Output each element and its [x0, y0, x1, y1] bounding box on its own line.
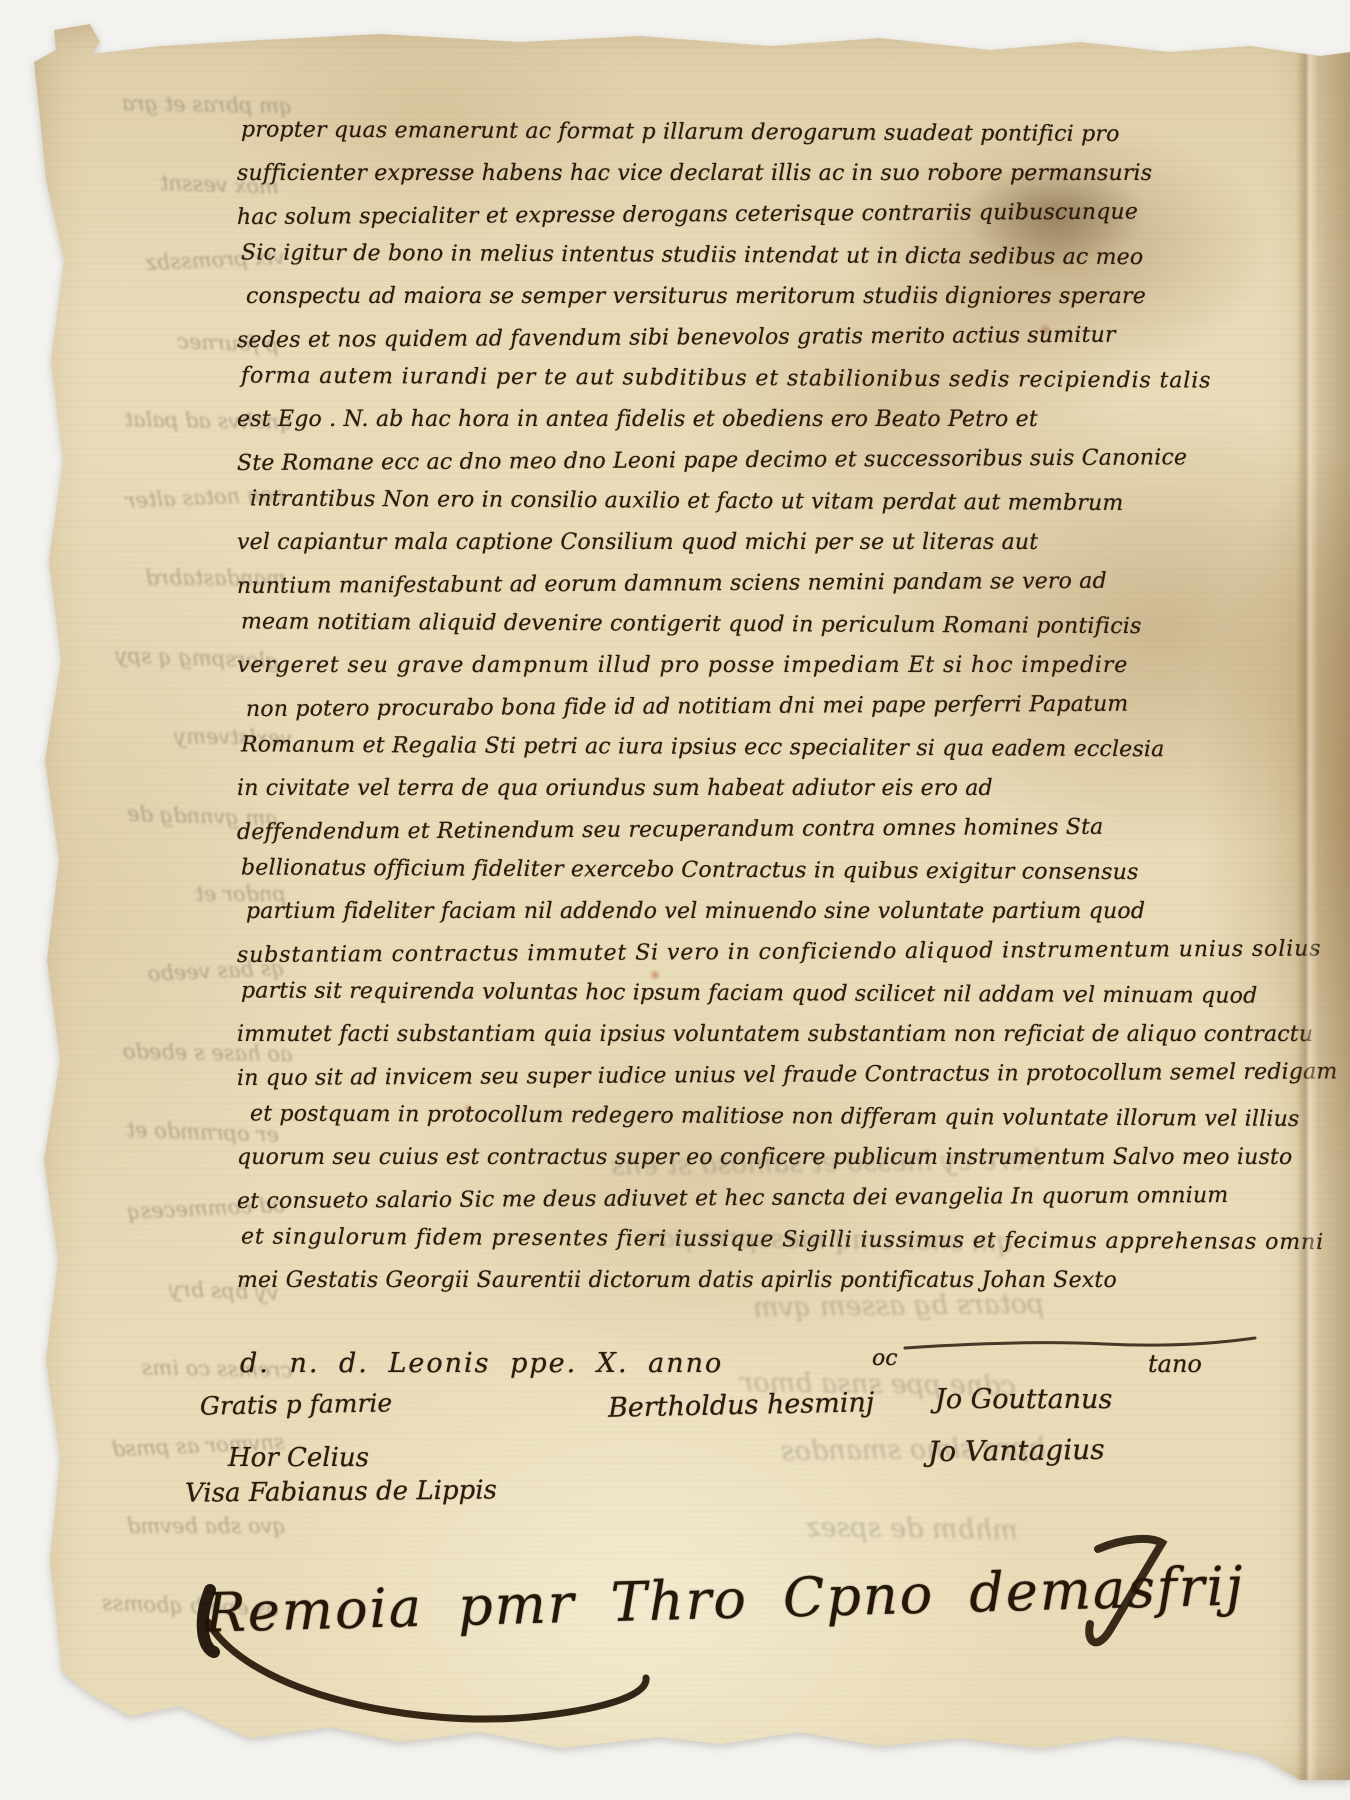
fold-crease — [1296, 52, 1318, 1780]
text-line: in quo sit ad invicem seu super iudice u… — [237, 1052, 1237, 1099]
text-line: Sic igitur de bono in melius intentus st… — [241, 232, 1241, 278]
text-line: bellionatus officium fideliter exercebo … — [241, 847, 1241, 893]
text-line: Romanum et Regalia Sti petri ac iura ips… — [241, 724, 1241, 770]
text-line: deffendendum et Retinendum seu recuperan… — [237, 806, 1237, 853]
signature-gratis-note: Gratis p famrie — [200, 1388, 393, 1420]
text-line: in civitate vel terra de qua oriundus su… — [237, 768, 1237, 809]
text-line: propter quas emanerunt ac format p illar… — [241, 109, 1241, 155]
marginal-note-oc: oc — [872, 1346, 898, 1371]
signature-visa-fabianus: Visa Fabianus de Lippis — [185, 1475, 497, 1508]
text-line: immutet facti substantiam quia ipsius vo… — [237, 1014, 1237, 1055]
text-line: hac solum specialiter et expresse deroga… — [237, 191, 1237, 238]
signature-jo-vantagius: Jo Vantagius — [928, 1433, 1105, 1468]
signature-hor-celius: Hor Celius — [228, 1443, 369, 1473]
signature-bertholdus: Bertholdus hesminj — [608, 1387, 875, 1424]
text-line: et consueto salario Sic me deus adiuvet … — [237, 1175, 1237, 1222]
text-line: conspectu ad maiora se semper versiturus… — [246, 276, 1237, 317]
date-line-leo-x: d. n. d. Leonis ppe. X. anno — [240, 1348, 723, 1379]
text-line: intrantibus Non ero in consilio auxilio … — [250, 478, 1241, 524]
text-line: quorum seu cuius est contractus super eo… — [237, 1137, 1237, 1178]
signature-jo-gouttanus: Jo Gouttanus — [935, 1384, 1112, 1415]
manuscript-body-text: propter quas emanerunt ac format p illar… — [237, 112, 1237, 1301]
paper-sheet-wrap: qm pbras et gra mox vessnt vix promssbz … — [0, 0, 1350, 1800]
marginal-note-tano: tano — [1148, 1350, 1202, 1378]
text-line: vergeret seu grave dampnum illud pro pos… — [237, 645, 1237, 686]
text-line: forma autem iurandi per te aut subditibu… — [241, 355, 1241, 401]
text-line: partium fideliter faciam nil addendo vel… — [246, 891, 1237, 932]
text-line: sedes et nos quidem ad favendum sibi ben… — [237, 314, 1237, 361]
text-line: partis sit requirenda voluntas hoc ipsum… — [241, 970, 1241, 1016]
text-line: vel capiantur mala captione Consilium qu… — [237, 522, 1237, 563]
text-line: sufficienter expresse habens hac vice de… — [237, 153, 1237, 194]
text-line: substantiam contractus immutet Si vero i… — [237, 929, 1237, 976]
text-line: Ste Romane ecc ac dno meo dno Leoni pape… — [237, 437, 1237, 484]
text-line: mei Gestatis Georgii Saurentii dictorum … — [237, 1260, 1237, 1301]
text-line: non potero procurabo bona fide id ad not… — [246, 683, 1237, 730]
text-line: et postquam in protocollum redegero mali… — [250, 1093, 1241, 1139]
text-line: et singulorum fidem presentes fieri iuss… — [241, 1216, 1241, 1262]
text-line: nuntium manifestabunt ad eorum damnum sc… — [237, 560, 1237, 607]
text-line: meam notitiam aliquid devenire contigeri… — [241, 601, 1241, 647]
aged-paper-sheet: qm pbras et gra mox vessnt vix promssbz … — [0, 0, 1350, 1800]
scanned-manuscript-page: qm pbras et gra mox vessnt vix promssbz … — [0, 0, 1350, 1800]
text-line: est Ego . N. ab hac hora in antea fideli… — [237, 399, 1237, 440]
grand-signature: Remoia pmr Thro Cpno demasfrij — [204, 1554, 1245, 1644]
